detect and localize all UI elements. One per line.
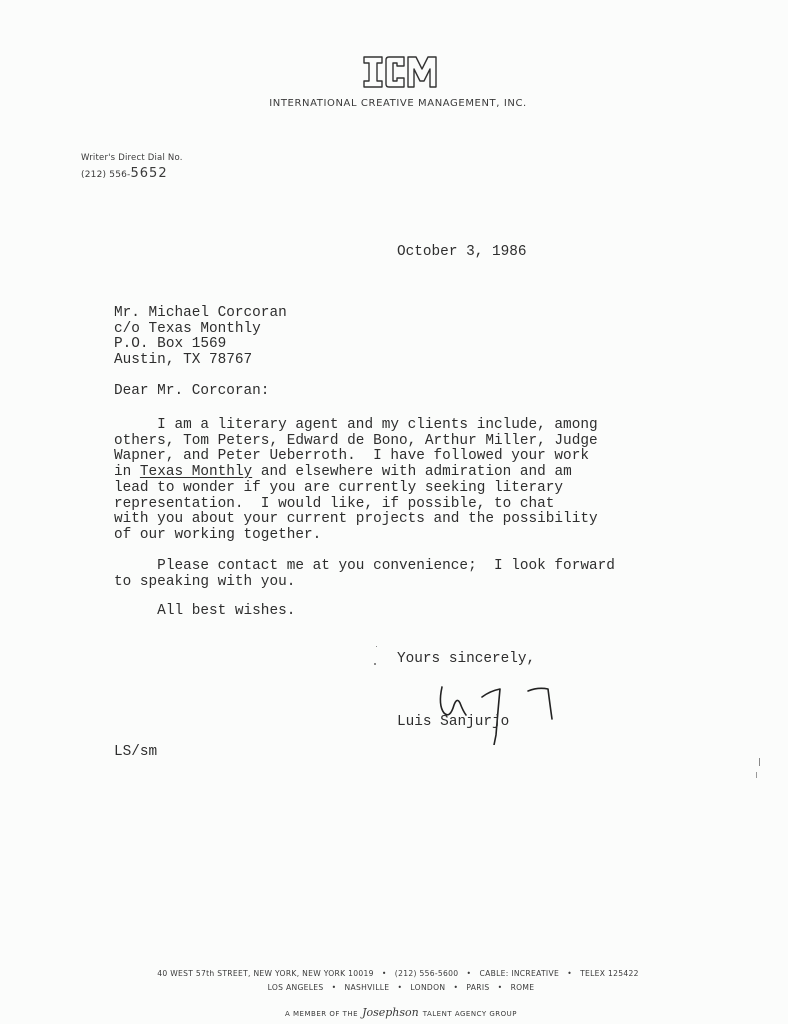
handwritten-signature	[430, 675, 580, 745]
paper-speck	[374, 663, 376, 665]
icm-logo	[362, 54, 438, 90]
paragraph-line: Wapner, and Peter Ueberroth. I have foll…	[114, 449, 598, 465]
body-paragraph-3: All best wishes.	[114, 604, 295, 620]
paper-speck	[376, 646, 377, 647]
company-name: INTERNATIONAL CREATIVE MANAGEMENT, INC.	[0, 98, 788, 109]
paragraph-line: in Texas Monthly and elsewhere with admi…	[114, 465, 598, 481]
direct-dial-label: Writer's Direct Dial No.	[81, 153, 183, 163]
josephson-script-logo: Josephson	[362, 1006, 419, 1019]
signer-name: Luis Sanjurjo	[397, 715, 509, 731]
publication-title: Texas Monthly	[140, 464, 252, 480]
recipient-name: Mr. Michael Corcoran	[114, 306, 287, 322]
footer-address: 40 WEST 57th STREET, NEW YORK, NEW YORK …	[0, 969, 788, 978]
paragraph-line: representation. I would like, if possibl…	[114, 497, 598, 513]
direct-dial-extension: 5652	[131, 166, 168, 181]
paragraph-line: of our working together.	[114, 528, 598, 544]
salutation: Dear Mr. Corcoran:	[114, 384, 269, 400]
member-prefix: A MEMBER OF THE	[285, 1010, 358, 1018]
typist-initials: LS/sm	[114, 745, 157, 761]
paper-mark	[759, 758, 760, 766]
paragraph-line: lead to wonder if you are currently seek…	[114, 481, 598, 497]
footer-member: A MEMBER OF THEJosephsonTALENT AGENCY GR…	[0, 1006, 788, 1019]
paragraph-line: I am a literary agent and my clients inc…	[114, 418, 598, 434]
paper-mark	[756, 772, 757, 778]
member-suffix: TALENT AGENCY GROUP	[423, 1010, 517, 1018]
letter-date: October 3, 1986	[397, 245, 527, 261]
body-paragraph-2: Please contact me at you convenience; I …	[114, 559, 615, 590]
text-segment: and elsewhere with admiration and am	[252, 464, 572, 480]
footer-offices: LOS ANGELES • NASHVILLE • LONDON • PARIS…	[0, 983, 788, 992]
recipient-city: Austin, TX 78767	[114, 353, 287, 369]
recipient-address: Mr. Michael Corcoranc/o Texas MonthlyP.O…	[114, 306, 287, 369]
paragraph-line: Please contact me at you convenience; I …	[114, 559, 615, 575]
recipient-care-of: c/o Texas Monthly	[114, 322, 287, 338]
direct-dial-number: (212) 556-5652	[81, 166, 168, 181]
paragraph-line: others, Tom Peters, Edward de Bono, Arth…	[114, 434, 598, 450]
recipient-po-box: P.O. Box 1569	[114, 337, 287, 353]
direct-dial-prefix: (212) 556-	[81, 170, 131, 180]
paragraph-line: with you about your current projects and…	[114, 512, 598, 528]
text-segment: in	[114, 464, 140, 480]
closing: Yours sincerely,	[397, 652, 535, 668]
paragraph-line: to speaking with you.	[114, 575, 615, 591]
body-paragraph-1: I am a literary agent and my clients inc…	[114, 418, 598, 544]
